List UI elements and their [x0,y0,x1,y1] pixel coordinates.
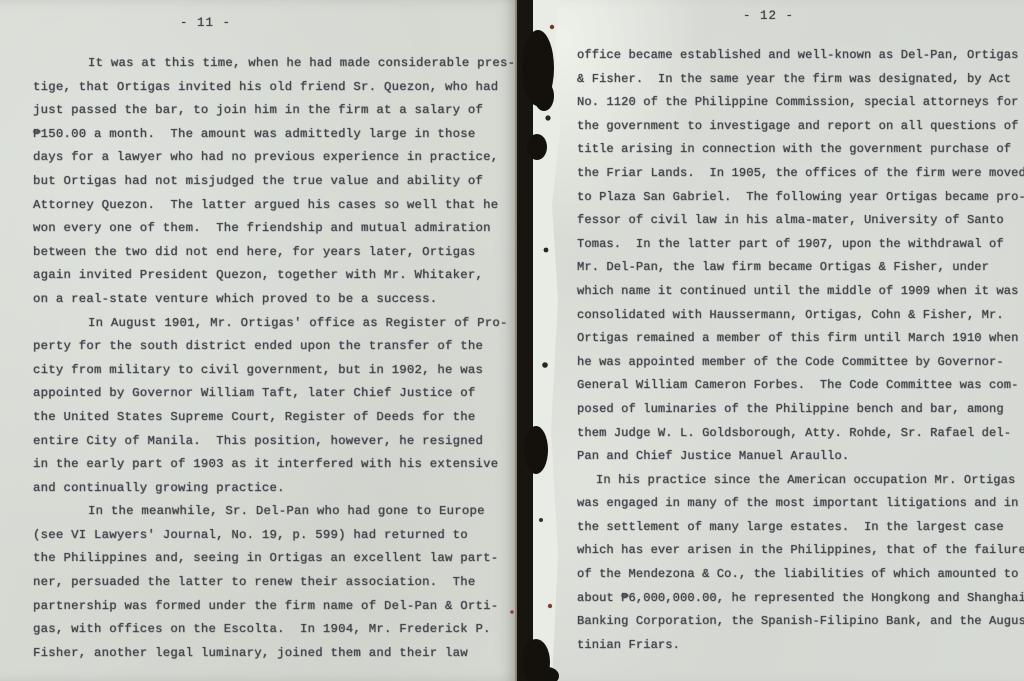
text-line: just passed the bar, to join him in the … [33,99,503,123]
binding-blob [527,134,547,160]
text-line: city from military to civil government, … [33,359,503,383]
text-line: of the Mendezona & Co., the liabilities … [577,563,1022,587]
text-line: Fisher, another legal luminary, joined t… [33,642,503,666]
page-number-right: - 12 - [743,9,794,23]
page-11: - 11 - It was at this time, when he had … [0,0,520,681]
text-line: Ortigas remained a member of this firm u… [577,327,1022,351]
text-line: posed of luminaries of the Philippine be… [577,398,1022,422]
text-line: but Ortigas had not misjudged the true v… [33,170,503,194]
text-line: which has ever arisen in the Philippines… [577,539,1022,563]
text-line: Pan and Chief Justice Manuel Araullo. [577,445,1022,469]
text-line: to Plaza San Gabriel. The following year… [577,186,1022,210]
text-line: the Philippines and, seeing in Ortigas a… [33,547,503,571]
text-line: tige, that Ortigas invited his old frien… [33,76,503,100]
text-line: days for a lawyer who had no previous ex… [33,146,503,170]
text-line: appointed by Governor William Taft, late… [33,382,503,406]
text-line: Tomas. In the latter part of 1907, upon … [577,233,1022,257]
paper-speck [510,610,514,614]
text-line: about ₱6,000,000.00, he represented the … [577,587,1022,611]
paper-speck [542,362,548,368]
scanned-document: - 11 - It was at this time, when he had … [0,0,1024,681]
text-line: ner, persuaded the latter to renew their… [33,571,503,595]
paper-speck [545,115,550,120]
text-line: It was at this time, when he had made co… [33,52,503,76]
text-line: tinian Friars. [577,634,1022,658]
paragraph: It was at this time, when he had made co… [33,52,503,312]
text-line: office became established and well-known… [577,44,1022,68]
text-line: the Friar Lands. In 1905, the offices of… [577,162,1022,186]
page-11-body: It was at this time, when he had made co… [33,52,503,665]
text-line: won every one of them. The friendship an… [33,217,503,241]
text-line: No. 1120 of the Philippine Commission, s… [577,91,1022,115]
text-line: between the two did not end here, for ye… [33,241,503,265]
book-binding [500,0,570,681]
text-line: ₱150.00 a month. The amount was admitted… [33,123,503,147]
paper-speck [548,604,552,608]
text-line: on a real-state venture which proved to … [33,288,503,312]
text-line: (see VI Lawyers' Journal, No. 19, p. 599… [33,524,503,548]
paper-speck [544,248,549,253]
text-line: gas, with offices on the Escolta. In 190… [33,618,503,642]
binding-blob [534,81,554,111]
text-line: which name it continued until the middle… [577,280,1022,304]
text-line: the government to investigage and report… [577,115,1022,139]
binding-blob [524,426,548,474]
page-12: - 12 - office became established and wel… [533,0,1024,681]
text-line: consolidated with Haussermann, Ortigas, … [577,304,1022,328]
paper-speck [539,518,543,522]
text-line: In August 1901, Mr. Ortigas' office as R… [33,312,503,336]
text-line: he was appointed member of the Code Comm… [577,351,1022,375]
paragraph: office became established and well-known… [577,44,1022,469]
text-line: perty for the south district ended upon … [33,335,503,359]
text-line: in the early part of 1903 as it interfer… [33,453,503,477]
text-line: and continually growing practice. [33,477,503,501]
text-line: was engaged in many of the most importan… [577,492,1022,516]
text-line: entire City of Manila. This position, ho… [33,430,503,454]
page-number-left: - 11 - [180,16,231,30]
text-line: again invited President Quezon, together… [33,264,503,288]
text-line: & Fisher. In the same year the firm was … [577,68,1022,92]
text-line: Attorney Quezon. The latter argued his c… [33,194,503,218]
text-line: Banking Corporation, the Spanish-Filipin… [577,610,1022,634]
text-line: In the meanwhile, Sr. Del-Pan who had go… [33,500,503,524]
page-12-body: office became established and well-known… [577,44,1022,657]
paragraph: In August 1901, Mr. Ortigas' office as R… [33,312,503,501]
text-line: partnership was formed under the firm na… [33,595,503,619]
paper-speck [550,25,554,29]
text-line: title arising in connection with the gov… [577,138,1022,162]
binding-strip [517,0,533,681]
text-line: the United States Supreme Court, Registe… [33,406,503,430]
text-line: Mr. Del-Pan, the law firm became Ortigas… [577,256,1022,280]
text-line: fessor of civil law in his alma-mater, U… [577,209,1022,233]
paragraph: In his practice since the American occup… [577,469,1022,658]
paragraph: In the meanwhile, Sr. Del-Pan who had go… [33,500,503,665]
text-line: them Judge W. L. Goldsborough, Atty. Roh… [577,422,1022,446]
text-line: General William Cameron Forbes. The Code… [577,374,1022,398]
text-line: In his practice since the American occup… [577,469,1022,493]
text-line: the settlement of many large estates. In… [577,516,1022,540]
